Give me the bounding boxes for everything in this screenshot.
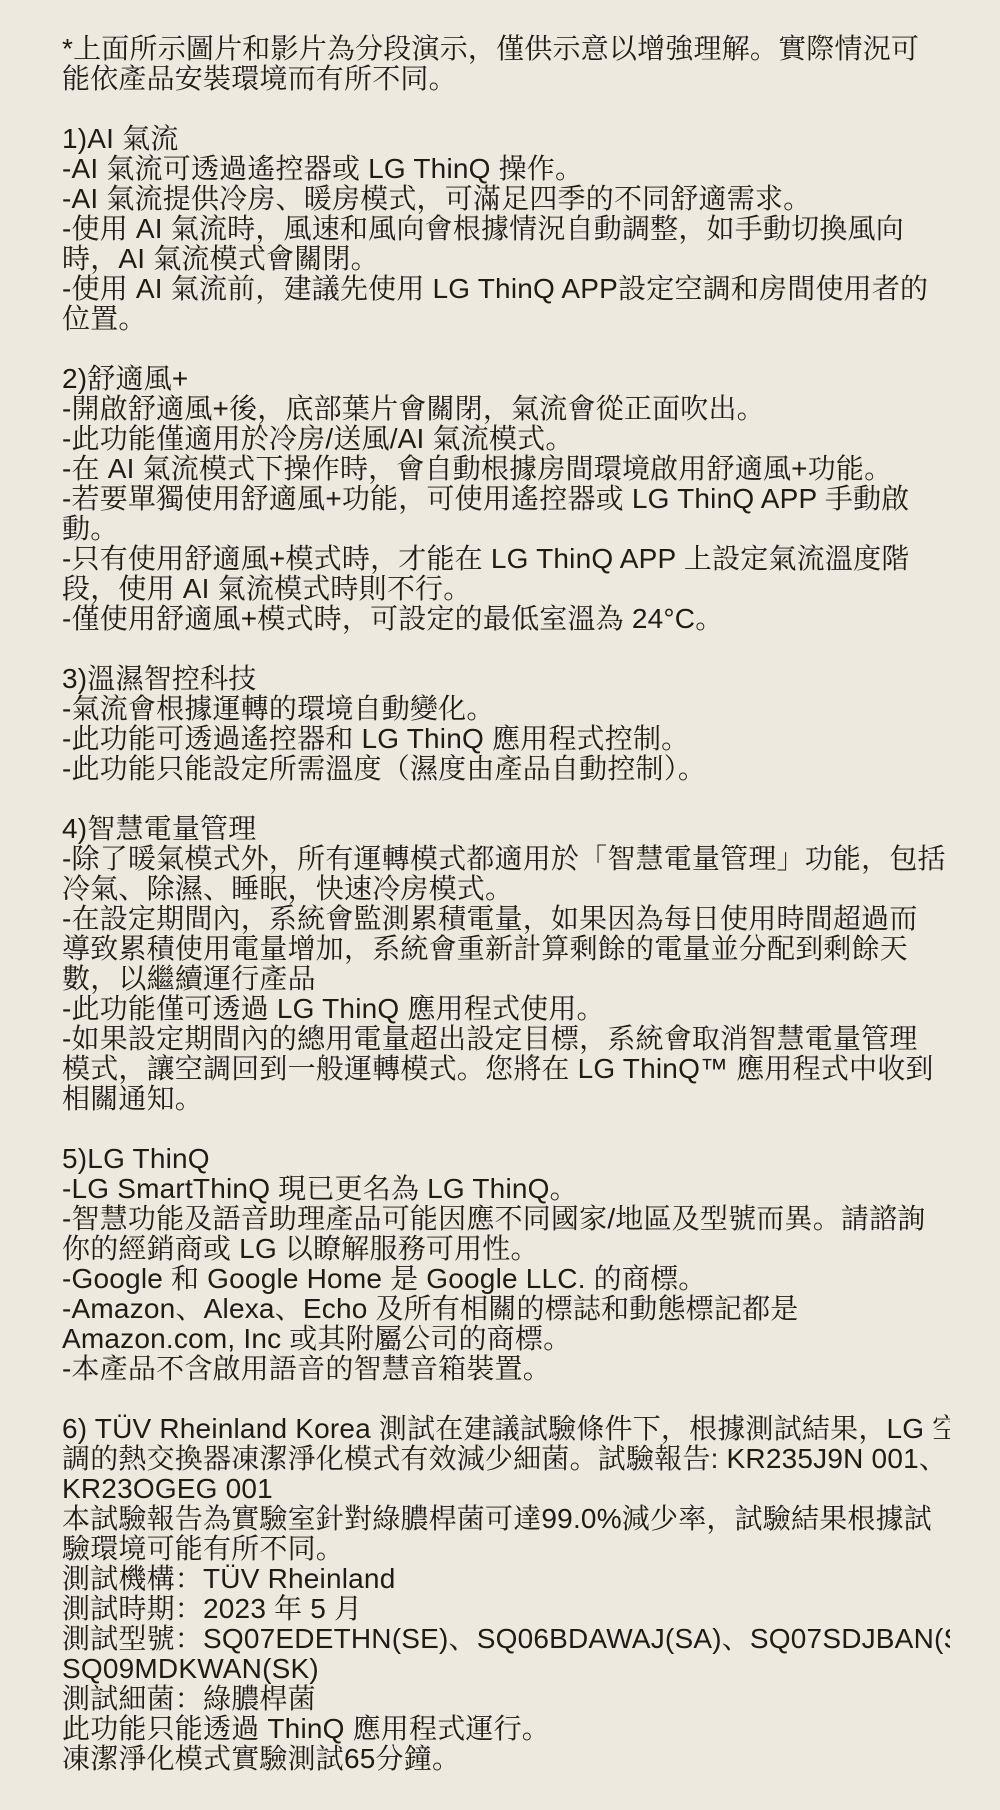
text-line: KR23OGEG 001: [62, 1474, 950, 1504]
text-line: -若要單獨使用舒適風+功能，可使用遙控器或 LG ThinQ APP 手動啟: [62, 484, 950, 514]
text-line: 5)LG ThinQ: [62, 1144, 950, 1174]
note-smart-energy: 4)智慧電量管理-除了暖氣模式外，所有運轉模式都適用於「智慧電量管理」功能，包括…: [62, 814, 950, 1114]
text-line: 6) TÜV Rheinland Korea 測試在建議試驗條件下，根據測試結果…: [62, 1414, 950, 1444]
text-line: -此功能只能設定所需溫度（濕度由產品自動控制）。: [62, 754, 950, 784]
text-line: -如果設定期間內的總用電量超出設定目標，系統會取消智慧電量管理: [62, 1024, 950, 1054]
text-line: -AI 氣流可透過遙控器或 LG ThinQ 操作。: [62, 154, 950, 184]
text-line: -只有使用舒適風+模式時，才能在 LG ThinQ APP 上設定氣流溫度階: [62, 544, 950, 574]
text-line: 你的經銷商或 LG 以瞭解服務可用性。: [62, 1234, 950, 1264]
text-line: 調的熱交換器凍潔淨化模式有效減少細菌。試驗報告: KR235J9N 001、: [62, 1444, 950, 1474]
text-line: -僅使用舒適風+模式時，可設定的最低室溫為 24°C。: [62, 604, 950, 634]
text-line: -Google 和 Google Home 是 Google LLC. 的商標。: [62, 1264, 950, 1294]
text-line: 本試驗報告為實驗室針對綠膿桿菌可達99.0%減少率，試驗結果根據試: [62, 1504, 950, 1534]
text-line: -在設定期間內，系統會監測累積電量，如果因為每日使用時間超過而: [62, 904, 950, 934]
text-line: -此功能僅可透過 LG ThinQ 應用程式使用。: [62, 994, 950, 1024]
disclaimer-note: *上面所示圖片和影片為分段演示，僅供示意以增強理解。實際情況可能依產品安裝環境而…: [62, 34, 950, 94]
text-line: 2)舒適風+: [62, 364, 950, 394]
text-line: 此功能只能透過 ThinQ 應用程式運行。: [62, 1714, 950, 1744]
text-line: -LG SmartThinQ 現已更名為 LG ThinQ。: [62, 1174, 950, 1204]
text-line: -本產品不含啟用語音的智慧音箱裝置。: [62, 1354, 950, 1384]
note-comfort-air-plus: 2)舒適風+-開啟舒適風+後，底部葉片會關閉，氣流會從正面吹出。-此功能僅適用於…: [62, 364, 950, 634]
text-line: 驗環境可能有所不同。: [62, 1534, 950, 1564]
text-line: 時，AI 氣流模式會關閉。: [62, 244, 950, 274]
text-line: 段，使用 AI 氣流模式時則不行。: [62, 574, 950, 604]
text-line: -智慧功能及語音助理產品可能因應不同國家/地區及型號而異。請諮詢: [62, 1204, 950, 1234]
text-line: 測試機構：TÜV Rheinland: [62, 1564, 950, 1594]
text-line: -開啟舒適風+後，底部葉片會關閉，氣流會從正面吹出。: [62, 394, 950, 424]
text-line: 導致累積使用電量增加，系統會重新計算剩餘的電量並分配到剩餘天: [62, 934, 950, 964]
text-line: 4)智慧電量管理: [62, 814, 950, 844]
text-line: 位置。: [62, 304, 950, 334]
text-line: -此功能僅適用於冷房/送風/AI 氣流模式。: [62, 424, 950, 454]
text-line: Amazon.com, Inc 或其附屬公司的商標。: [62, 1324, 950, 1354]
text-line: SQ09MDKWAN(SK): [62, 1654, 950, 1684]
product-notes-page: *上面所示圖片和影片為分段演示，僅供示意以增強理解。實際情況可能依產品安裝環境而…: [0, 0, 1000, 1810]
note-ai-airflow: 1)AI 氣流-AI 氣流可透過遙控器或 LG ThinQ 操作。-AI 氣流提…: [62, 124, 950, 334]
text-line: 測試時期：2023 年 5 月: [62, 1594, 950, 1624]
text-line: *上面所示圖片和影片為分段演示，僅供示意以增強理解。實際情況可: [62, 34, 950, 64]
text-line: 1)AI 氣流: [62, 124, 950, 154]
text-line: -氣流會根據運轉的環境自動變化。: [62, 694, 950, 724]
text-line: 3)溫濕智控科技: [62, 664, 950, 694]
note-lg-thinq: 5)LG ThinQ-LG SmartThinQ 現已更名為 LG ThinQ。…: [62, 1144, 950, 1384]
text-line: -除了暖氣模式外，所有運轉模式都適用於「智慧電量管理」功能，包括: [62, 844, 950, 874]
note-temp-humidity-control: 3)溫濕智控科技-氣流會根據運轉的環境自動變化。-此功能可透過遙控器和 LG T…: [62, 664, 950, 784]
text-line: -在 AI 氣流模式下操作時，會自動根據房間環境啟用舒適風+功能。: [62, 454, 950, 484]
text-line: 凍潔淨化模式實驗測試65分鐘。: [62, 1744, 950, 1774]
note-tuv-test: 6) TÜV Rheinland Korea 測試在建議試驗條件下，根據測試結果…: [62, 1414, 950, 1774]
text-line: 測試細菌：綠膿桿菌: [62, 1684, 950, 1714]
text-line: -Amazon、Alexa、Echo 及所有相關的標誌和動態標記都是: [62, 1294, 950, 1324]
text-line: -使用 AI 氣流時，風速和風向會根據情況自動調整，如手動切換風向: [62, 214, 950, 244]
text-line: -此功能可透過遙控器和 LG ThinQ 應用程式控制。: [62, 724, 950, 754]
text-line: 冷氣、除濕、睡眠，快速冷房模式。: [62, 874, 950, 904]
text-line: 能依產品安裝環境而有所不同。: [62, 64, 950, 94]
text-line: -使用 AI 氣流前，建議先使用 LG ThinQ APP設定空調和房間使用者的: [62, 274, 950, 304]
text-line: 動。: [62, 514, 950, 544]
text-line: 數，以繼續運行產品: [62, 964, 950, 994]
text-line: 相關通知。: [62, 1084, 950, 1114]
text-line: 測試型號：SQ07EDETHN(SE)、SQ06BDAWAJ(SA)、SQ07S…: [62, 1624, 950, 1654]
text-line: -AI 氣流提供冷房、暖房模式，可滿足四季的不同舒適需求。: [62, 184, 950, 214]
text-line: 模式，讓空調回到一般運轉模式。您將在 LG ThinQ™ 應用程式中收到: [62, 1054, 950, 1084]
